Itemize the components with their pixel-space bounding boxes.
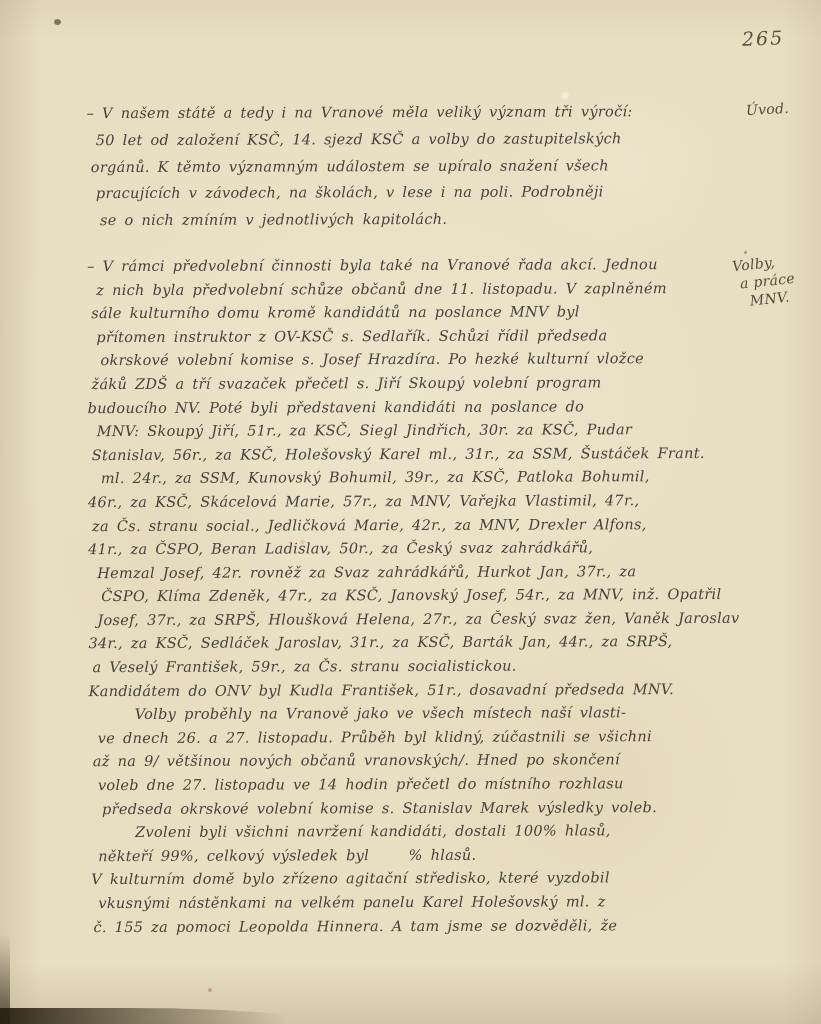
text-line: předseda okrskové volební komise s. Stan…	[89, 797, 737, 823]
paragraph: Zvoleni byli všichni navržení kandidáti,…	[89, 820, 737, 869]
text-line: orgánů. K těmto významným událostem se u…	[87, 152, 735, 181]
text-line: Josef, 37r., za SRPŠ, Hloušková Helena, …	[88, 608, 736, 634]
text-line: – V našem státě a tedy i na Vranové měla…	[87, 99, 735, 128]
text-line: č. 155 za pomoci Leopolda Hinnera. A tam…	[89, 914, 737, 940]
text-line: Kandidátem do ONV byl Kudla František, 5…	[89, 679, 737, 705]
text-line: 41r., za ČSPO, Beran Ladislav, 50r., za …	[88, 537, 736, 563]
paragraph: V kulturním domě bylo zřízeno agitační s…	[89, 867, 737, 940]
paper-spot	[561, 92, 569, 99]
text-line: se o nich zmíním v jednotlivých kapitolá…	[87, 206, 735, 235]
text-line: MNV: Skoupý Jiří, 51r., za KSČ, Siegl Ji…	[88, 419, 736, 445]
text-line: – V rámci předvolební činnosti byla také…	[87, 254, 735, 280]
text-line: ČSPO, Klíma Zdeněk, 47r., za KSČ, Janovs…	[88, 584, 736, 610]
bottom-left-shadow	[0, 1008, 320, 1024]
paragraph: – V našem státě a tedy i na Vranové měla…	[87, 99, 735, 235]
text-line: za Čs. stranu social., Jedličková Marie,…	[88, 513, 736, 539]
text-line: Zvoleni byli všichni navržení kandidáti,…	[89, 820, 737, 846]
text-line: ml. 24r., za SSM, Kunovský Bohumil, 39r.…	[88, 466, 736, 492]
text-line: žáků ZDŠ a tří svazaček přečetl s. Jiří …	[87, 372, 735, 398]
margin-note-volby: Volby, a práce MNV.	[731, 252, 797, 312]
text-line: 50 let od založení KSČ, 14. sjezd KSČ a …	[87, 126, 735, 155]
text-line: Stanislav, 56r., za KSČ, Holešovský Kare…	[88, 443, 736, 469]
text-line: voleb dne 27. listopadu ve 14 hodin přeč…	[89, 773, 737, 799]
margin-note-uvod: Úvod.	[746, 101, 790, 119]
text-line: pracujících v závodech, na školách, v le…	[87, 179, 735, 208]
text-line: budoucího NV. Poté byli představeni kand…	[88, 395, 736, 421]
text-line: 46r., za KSČ, Skácelová Marie, 57r., za …	[88, 490, 736, 516]
text-line: ve dnech 26. a 27. listopadu. Průběh byl…	[89, 726, 737, 752]
text-line: V kulturním domě bylo zřízeno agitační s…	[89, 867, 737, 893]
text-line: přítomen instruktor z OV-KSČ s. Sedlařík…	[87, 325, 735, 351]
text-line: okrskové volební komise s. Josef Hrazdír…	[87, 348, 735, 374]
text-line: 34r., za KSČ, Sedláček Jaroslav, 31r., z…	[88, 631, 736, 657]
text-line: z nich byla předvolební schůze občanů dn…	[87, 277, 735, 303]
text-line: až na 9/ většinou nových občanů vranovsk…	[89, 749, 737, 775]
text-line: někteří 99%, celkový výsledek byl % hlas…	[89, 844, 737, 870]
text-line: Volby proběhly na Vranově jako ve všech …	[89, 702, 737, 728]
paragraph: Volby proběhly na Vranově jako ve všech …	[89, 702, 737, 822]
text-line: vkusnými nástěnkami na velkém panelu Kar…	[89, 891, 737, 917]
text-line: sále kulturního domu kromě kandidátů na …	[87, 301, 735, 327]
paragraph: – V rámci předvolební činnosti byla také…	[87, 254, 737, 705]
handwritten-text: – V našem státě a tedy i na Vranové měla…	[87, 99, 738, 940]
paper-spot	[208, 988, 212, 992]
page-number: 265	[742, 27, 785, 50]
text-line: a Veselý František, 59r., za Čs. stranu …	[88, 655, 736, 681]
chronicle-document-page: 265 – V našem státě a tedy i na Vranové …	[0, 0, 821, 1024]
ink-speck	[54, 19, 61, 25]
paper-spot	[744, 251, 747, 254]
left-edge-shadow	[0, 934, 10, 1024]
text-line: Hemzal Josef, 42r. rovněž za Svaz zahrád…	[88, 561, 736, 587]
